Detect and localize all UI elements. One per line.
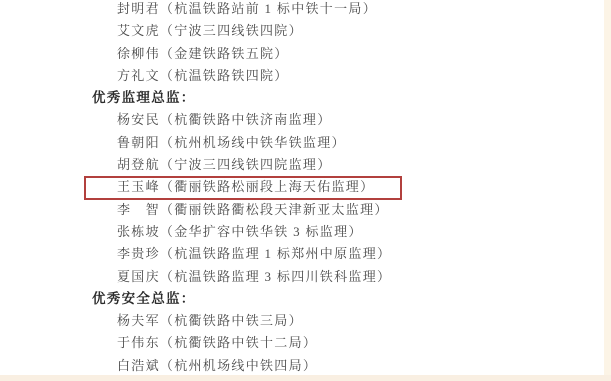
page-edge-right <box>604 0 611 381</box>
document-page: 封明君（杭温铁路站前 1 标中铁十一局） 艾文虎（宁波三四线铁四院） 徐柳伟（金… <box>0 0 611 381</box>
section-header-chief-supervisors: 优秀监理总监： <box>0 87 604 109</box>
list-entry: 夏国庆（杭温铁路监理 3 标四川铁科监理） <box>0 266 604 288</box>
list-entry: 白浩斌（杭州机场线中铁四局） <box>0 355 604 377</box>
list-entry: 于伟东（杭衢铁路中铁十二局） <box>0 332 604 354</box>
list-entry-highlighted: 王玉峰（衢丽铁路松丽段上海天佑监理） <box>0 176 604 198</box>
section-header-safety-directors: 优秀安全总监： <box>0 288 604 310</box>
page-edge-bottom <box>0 375 611 381</box>
list-entry: 李 智（衢丽铁路衢松段天津新亚太监理） <box>0 199 604 221</box>
list-entry: 杨夫军（杭衢铁路中铁三局） <box>0 310 604 332</box>
list-entry: 鲁朝阳（杭州机场线中铁华铁监理） <box>0 132 604 154</box>
list-entry: 杨安民（杭衢铁路中铁济南监理） <box>0 109 604 131</box>
list-entry: 方礼文（杭温铁路铁四院） <box>0 65 604 87</box>
list-entry: 徐柳伟（金建铁路铁五院） <box>0 43 604 65</box>
list-entry: 艾文虎（宁波三四线铁四院） <box>0 20 604 42</box>
list-entry: 张栋坡（金华扩容中铁华铁 3 标监理） <box>0 221 604 243</box>
list-entry: 胡登航（宁波三四线铁四院监理） <box>0 154 604 176</box>
list-entry: 李贵珍（杭温铁路监理 1 标郑州中原监理） <box>0 243 604 265</box>
list-entry: 封明君（杭温铁路站前 1 标中铁十一局） <box>0 0 604 20</box>
award-name-list: 封明君（杭温铁路站前 1 标中铁十一局） 艾文虎（宁波三四线铁四院） 徐柳伟（金… <box>0 0 604 377</box>
